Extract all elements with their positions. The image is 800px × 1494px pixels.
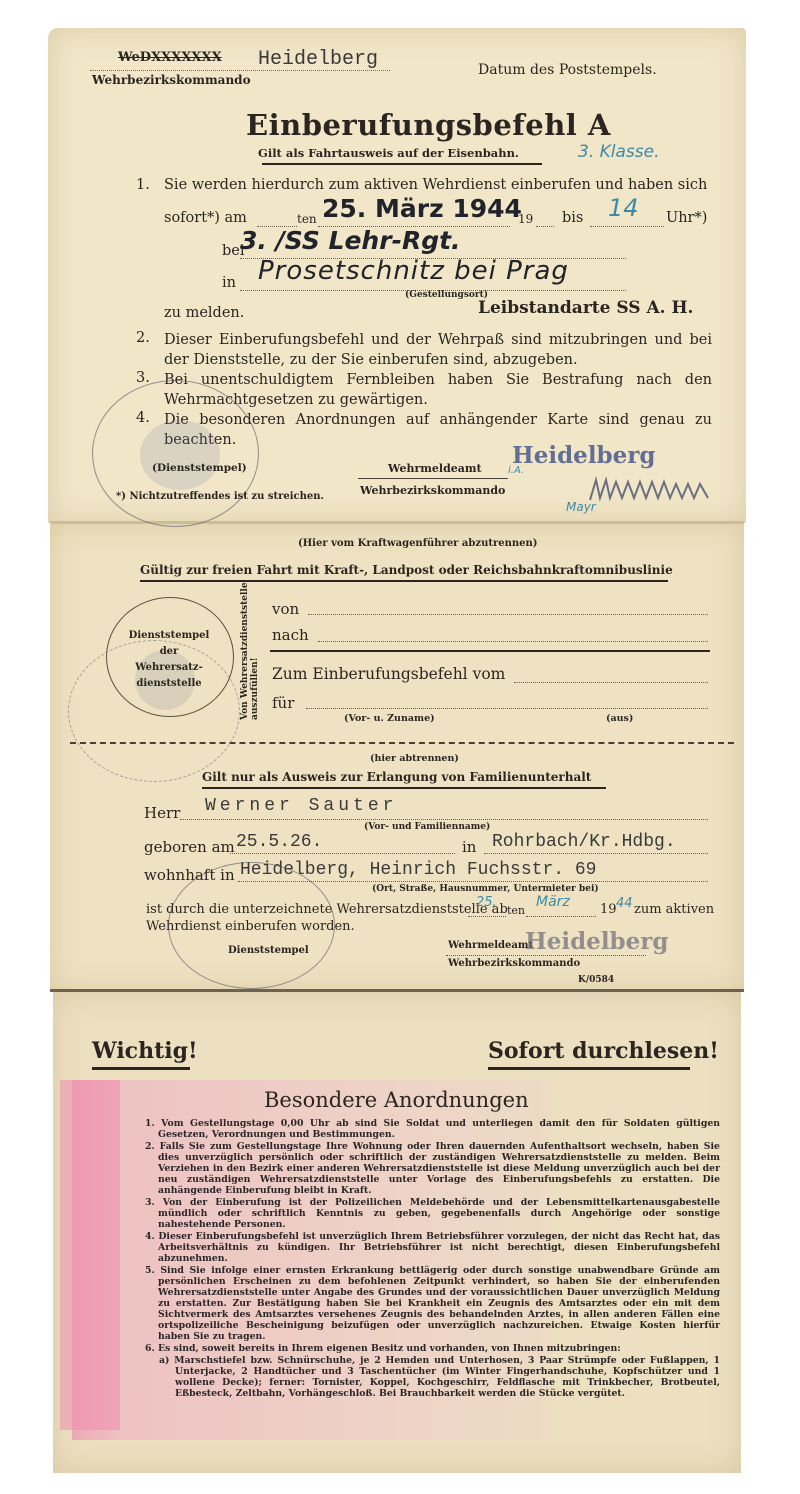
footnote: *) Nichtzutreffendes ist zu streichen. [116,491,324,502]
form-number: K/0584 [578,975,614,985]
document-subtitle: Gilt als Fahrtausweis auf der Eisenbahn. [258,146,519,160]
von-field[interactable] [308,614,708,615]
unit-value: 3. /SS Lehr-Rgt. [240,226,461,255]
instruction-text: Falls Sie zum Gestellungstage Ihre Wohnu… [158,1141,720,1196]
einberufung-label: Zum Einberufungsbefehl vom [272,665,505,683]
fold-line [50,989,744,992]
read-now-label: Sofort durchlesen! [488,1038,719,1064]
stamp-text-line: Wehrersatz- [108,660,230,676]
signature-scribble [588,476,718,504]
instruction-number: 2. [145,1141,155,1152]
instruction-text: Dieser Einberufungsbefehl ist unverzügli… [158,1231,720,1264]
name-caption: (Vor- und Familienname) [364,822,490,832]
in-label: in [222,275,236,291]
year-blank [536,226,554,227]
instruction-item: 3. Von der Einberufung ist der Polizeili… [145,1197,720,1230]
office-prefix-struck: WeDXXXXXXX [118,50,222,65]
stamp-eagle-icon [140,420,220,490]
office-label: Wehrbezirkskommando [92,73,251,87]
instruction-number: 4. [145,1231,155,1242]
born-value: 25.5.26. [236,832,322,852]
cut-note-driver: (Hier vom Kraftwagenführer abzutrennen) [298,538,538,549]
class-note: 3. Klasse. [578,142,660,162]
official-stamp [168,862,335,989]
born-label: geboren am [144,838,235,856]
born-blank [230,853,455,854]
name-value: Werner Sauter [205,796,397,816]
official-sub: Wehrbezirkskommando [360,484,505,497]
name-caption: (Vor- u. Zuname) [344,713,435,724]
sofort-label: sofort*) am [164,210,247,226]
nach-field[interactable] [318,641,708,642]
important-label: Wichtig! [92,1038,198,1064]
von-label: von [272,600,299,618]
instruction-number: 5. [145,1265,155,1276]
instruction-text: Vom Gestellungstage 0,00 Uhr ab sind Sie… [158,1118,720,1140]
travel-heading: Gültig zur freien Fahrt mit Kraft-, Land… [140,563,673,577]
stamp-label: Dienststempel [228,945,309,956]
item-2-text: Dieser Einberufungsbefehl und der Wehrpa… [164,330,712,370]
instruction-item: 1. Vom Gestellungstage 0,00 Uhr ab sind … [145,1118,720,1140]
stamp-text: Dienststempel der Wehrersatz- dienststel… [108,628,230,692]
official-city-stamp: Heidelberg [525,928,668,955]
document-title: Einberufungsbefehl A [246,108,611,142]
instruction-text: Es sind, soweit bereits in Ihrem eigenen… [158,1343,621,1354]
official-sub: Wehrbezirkskommando [448,958,580,969]
official-label: Wehrmeldeamt [388,462,482,475]
subtitle-underline [262,163,542,165]
item-1-text: Sie werden hierdurch zum aktiven Wehrdie… [164,177,712,193]
place-caption: (Gestellungsort) [405,290,488,300]
ia-note: i.A. [508,465,524,476]
year-prefix: 19 [600,902,617,917]
stamp-text-line: Dienststempel [108,628,230,644]
zu-melden: zu melden. [164,305,244,321]
stamp-text-line: der [108,644,230,660]
name-blank [180,819,708,820]
tear-line [70,742,734,744]
birthplace-blank [484,853,708,854]
office-underline [90,70,390,71]
signature: Mayr [566,500,596,514]
herr-label: Herr [144,804,180,822]
einberufung-date-field[interactable] [514,682,708,683]
day-value: 25. [476,895,497,910]
item-1-number: 1. [136,177,150,193]
fuer-field[interactable] [306,708,708,709]
address-caption: (Ort, Straße, Hausnummer, Untermieter be… [372,884,599,894]
ten-label: ten [297,212,317,226]
office-city: Heidelberg [258,48,378,71]
family-heading-underline [202,787,606,789]
instruction-number: 3. [145,1197,155,1208]
instruction-number: 6. [145,1343,155,1354]
day-blank [468,916,506,917]
instruction-text: Sind Sie infolge einer ernsten Erkrankun… [158,1265,720,1342]
official-underline [358,478,508,479]
uhr-label: Uhr*) [666,210,707,226]
family-heading: Gilt nur als Ausweis zur Erlangung von F… [202,770,591,784]
cut-note: (hier abtrennen) [370,753,459,764]
read-now-underline [488,1067,690,1070]
date-value: 25. März 1944 [322,194,522,223]
bis-label: bis [562,210,583,226]
official-city-stamp: Heidelberg [512,442,655,469]
nach-label: nach [272,626,309,644]
aus-caption: (aus) [606,713,633,724]
vertical-instruction: Von Wehrersatzdienststelle auszufüllen! [240,580,260,720]
year-value: 44 [616,896,633,911]
instruction-text: Marschstiefel bzw. Schnürschuhe, je 2 He… [174,1355,720,1399]
item-2-number: 2. [136,330,150,346]
stamp-unit: Leibstandarte SS A. H. [478,298,693,318]
instruction-item: 4. Dieser Einberufungsbefehl ist unverzü… [145,1231,720,1264]
born-in-label: in [462,838,476,856]
fuer-label: für [272,694,294,712]
pink-stain [60,1080,120,1430]
important-underline [92,1067,190,1070]
hour-blank [590,226,664,227]
stamp-label: (Dienststempel) [152,462,247,474]
instruction-number: 1. [145,1118,155,1129]
statement-b: zum aktiven [634,902,714,917]
travel-heading-underline [140,580,668,582]
instruction-item: 2. Falls Sie zum Gestellungstage Ihre Wo… [145,1141,720,1196]
year-label: 19 [518,212,533,226]
instruction-subitem: a) Marschstiefel bzw. Schnürschuhe, je 2… [145,1355,720,1399]
instructions-heading: Besondere Anordnungen [264,1088,529,1112]
instruction-text: Von der Einberufung ist der Polizeiliche… [158,1197,720,1230]
instruction-item: 5. Sind Sie infolge einer ernsten Erkran… [145,1265,720,1342]
instruction-number: a) [159,1355,169,1366]
month-value: März [536,894,570,910]
instructions-list: 1. Vom Gestellungstage 0,00 Uhr ab sind … [145,1118,720,1400]
instruction-item: 6. Es sind, soweit bereits in Ihrem eige… [145,1343,720,1354]
hour-value: 14 [608,194,639,222]
birthplace-value: Rohrbach/Kr.Hdbg. [492,832,676,852]
month-blank [526,916,596,917]
official-blank [446,955,646,956]
date-note: Datum des Poststempels. [478,62,657,78]
divider [270,650,710,652]
official-label: Wehrmeldeamt [448,940,533,951]
stamp-text-line: dienststelle [108,676,230,692]
ten-label: ten [507,904,525,917]
item-3-text: Bei unentschuldigtem Fernbleiben haben S… [164,370,712,410]
place-value: Prosetschnitz bei Prag [258,256,569,286]
